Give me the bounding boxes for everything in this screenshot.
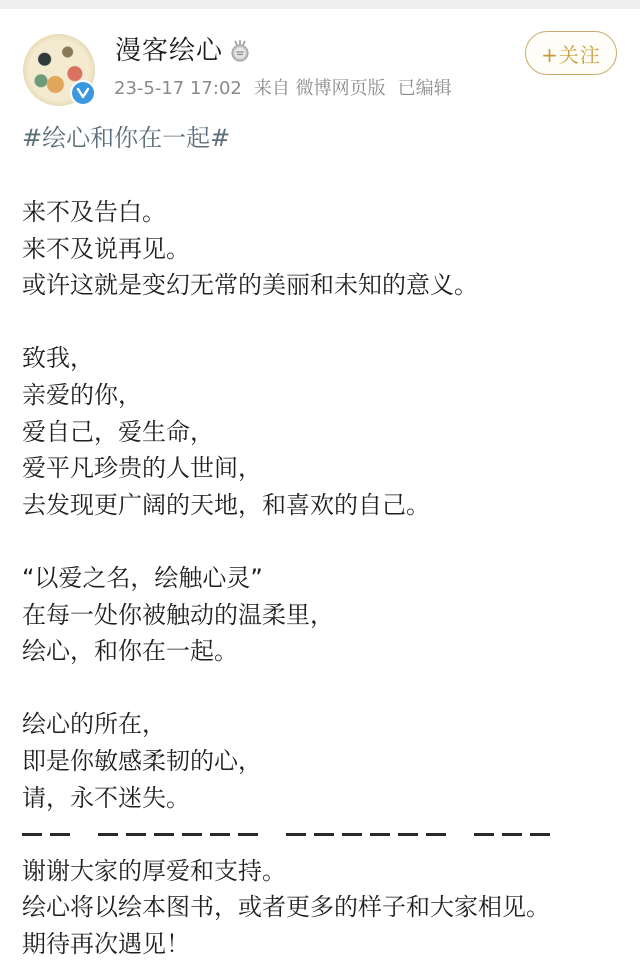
post-line: 爱自己，爱生命， — [22, 414, 632, 451]
post-line: 绘心，和你在一起。 — [22, 633, 632, 670]
dash — [342, 833, 362, 836]
verified-v-icon — [72, 82, 94, 104]
post-line: 爱平凡珍贵的人世间， — [22, 450, 632, 487]
post-line: 去发现更广阔的天地，和喜欢的自己。 — [22, 487, 632, 524]
dash — [126, 833, 146, 836]
post-source[interactable]: 来自 微博网页版 — [254, 78, 386, 99]
dash — [50, 833, 70, 836]
edited-label[interactable]: 已编辑 — [398, 78, 452, 99]
post-body: 来不及告白。 来不及说再见。 或许这就是变幻无常的美丽和未知的意义。 致我， 亲… — [22, 194, 632, 961]
dash-group — [474, 833, 558, 836]
verified-badge — [70, 80, 96, 106]
post-line: 请，永不迷失。 — [22, 780, 632, 817]
paragraph-gap — [22, 523, 632, 560]
post-meta: 23-5-17 17:02来自 微博网页版已编辑 — [114, 76, 464, 102]
dash — [474, 833, 494, 836]
post-line: 绘心的所在， — [22, 706, 632, 743]
hashtag-link[interactable]: #绘心和你在一起# — [22, 122, 230, 154]
post-timestamp: 23-5-17 17:02 — [114, 78, 242, 99]
dash — [182, 833, 202, 836]
dash — [22, 833, 42, 836]
paragraph-gap — [22, 670, 632, 707]
dash — [154, 833, 174, 836]
post-line: 期待再次遇见！ — [22, 926, 632, 961]
post-line: “以爱之名，绘触心灵” — [22, 560, 632, 597]
follow-button-label: +关注 — [541, 39, 601, 68]
dash — [210, 833, 230, 836]
dash — [314, 833, 334, 836]
author-name[interactable]: 漫客绘心 — [115, 34, 223, 68]
post-line: 即是你敏感柔韧的心， — [22, 743, 632, 780]
post-line: 亲爱的你， — [22, 377, 632, 414]
dash-group — [98, 833, 266, 836]
post-line: 谢谢大家的厚爱和支持。 — [22, 853, 632, 890]
dash — [370, 833, 390, 836]
post-line: 致我， — [22, 340, 632, 377]
dash — [426, 833, 446, 836]
dash — [530, 833, 550, 836]
post-line: 来不及说再见。 — [22, 231, 632, 268]
dash — [286, 833, 306, 836]
post-line: 在每一处你被触动的温柔里， — [22, 597, 632, 634]
dash — [98, 833, 118, 836]
post-line: 绘心将以绘本图书，或者更多的样子和大家相见。 — [22, 889, 632, 926]
follow-button[interactable]: +关注 — [525, 31, 617, 75]
post-line: 或许这就是变幻无常的美丽和未知的意义。 — [22, 267, 632, 304]
medal-badge-icon[interactable] — [229, 40, 251, 62]
dash — [238, 833, 258, 836]
top-bar — [0, 0, 640, 9]
paragraph-gap — [22, 304, 632, 341]
dash-group — [22, 833, 78, 836]
dash — [502, 833, 522, 836]
dash-separator — [22, 816, 632, 853]
dash — [398, 833, 418, 836]
dash-group — [286, 833, 454, 836]
post-line: 来不及告白。 — [22, 194, 632, 231]
